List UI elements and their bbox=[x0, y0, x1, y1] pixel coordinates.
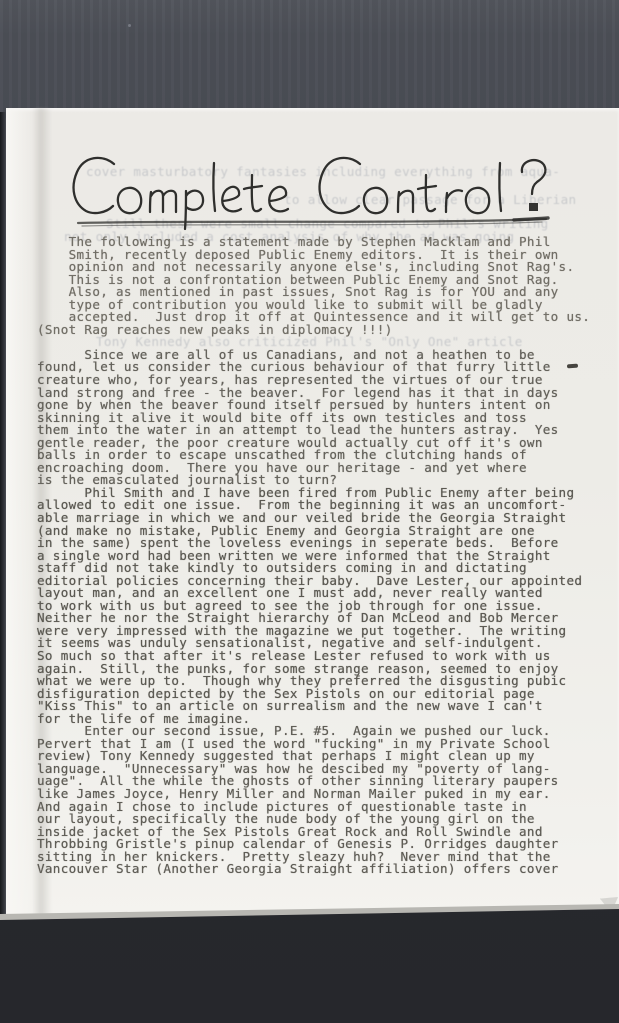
paragraph: The following is a statement made by Ste… bbox=[37, 236, 615, 336]
paragraph: Phil Smith and I have been fired from Pu… bbox=[37, 487, 615, 725]
text-line: Vancouver Star (Another Georgia Straight… bbox=[37, 863, 615, 876]
paragraph: Since we are all of us Canadians, and no… bbox=[37, 349, 615, 487]
scanner-background-top bbox=[0, 0, 619, 118]
zine-page-paper: cover masturbatory fantasies including e… bbox=[6, 108, 619, 919]
handwritten-title: Complete Control? bbox=[68, 150, 568, 246]
typed-text-block: The following is a statement made by Ste… bbox=[37, 236, 615, 876]
scan-speck bbox=[128, 24, 131, 27]
paper-edge-highlight bbox=[6, 108, 32, 919]
handwriting-strokes bbox=[68, 150, 568, 246]
scanned-zine-page: cover masturbatory fantasies including e… bbox=[0, 0, 619, 1023]
left-page-edge-shadow bbox=[0, 112, 6, 920]
text-line: (Snot Rag reaches new peaks in diplomacy… bbox=[37, 324, 615, 337]
paragraph: Enter our second issue, P.E. #5. Again w… bbox=[37, 725, 615, 876]
